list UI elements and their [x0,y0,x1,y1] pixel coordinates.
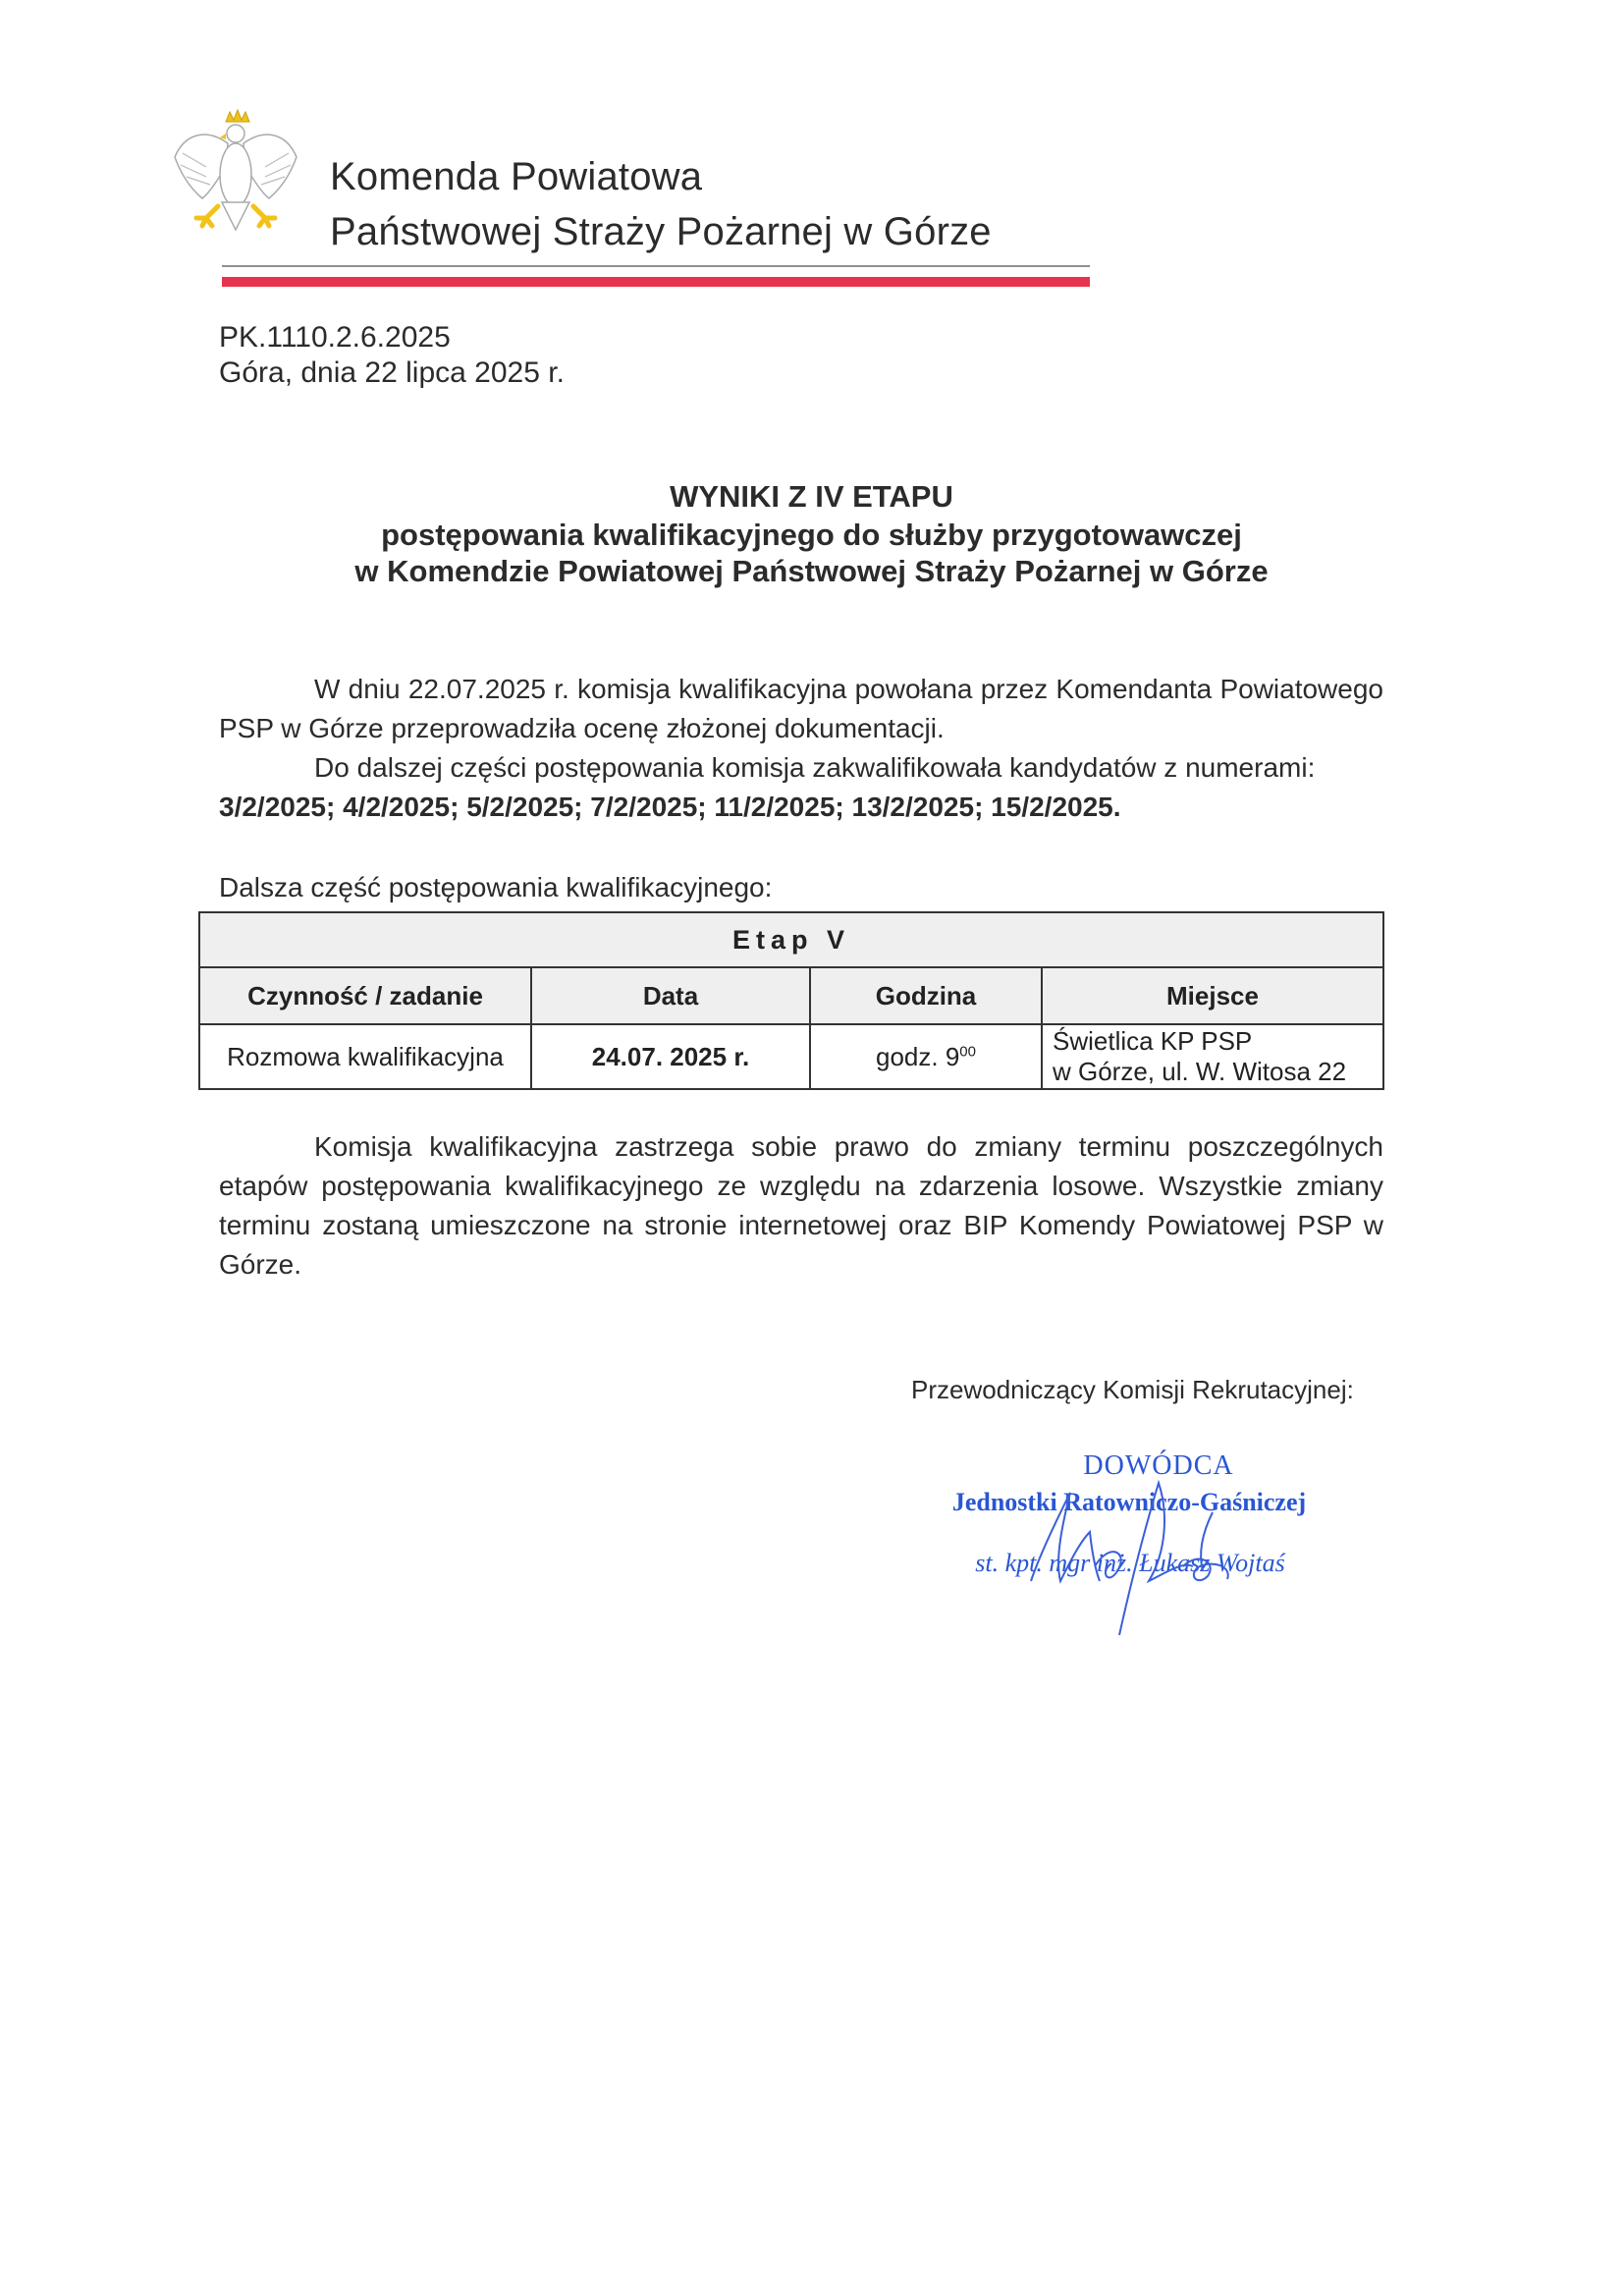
disclaimer-paragraph: Komisja kwalifikacyjna zastrzega sobie p… [219,1127,1383,1285]
stage-schedule-table: Etap V Czynność / zadanie Data Godzina M… [198,911,1384,1090]
header-divider-gray [222,265,1090,267]
paragraph-2: Do dalszej części postępowania komisja z… [219,748,1383,788]
cell-date: 24.07. 2025 r. [531,1024,810,1089]
case-number: PK.1110.2.6.2025 [219,320,565,355]
title-line-3: w Komendzie Powiatowej Państwowej Straży… [0,553,1623,589]
candidate-numbers: 3/2/2025; 4/2/2025; 5/2/2025; 7/2/2025; … [219,788,1383,827]
table-row: Rozmowa kwalifikacyjna 24.07. 2025 r. go… [199,1024,1383,1089]
time-hour: godz. 9 [876,1042,959,1071]
header-divider-red [222,277,1090,287]
paragraph-1: W dniu 22.07.2025 r. komisja kwalifikacy… [219,670,1383,748]
place-line-2: w Górze, ul. W. Witosa 22 [1053,1057,1373,1087]
org-line-1: Komenda Powiatowa [330,149,992,204]
column-header-date: Data [531,967,810,1024]
place-line-1: Świetlica KP PSP [1053,1026,1373,1057]
column-header-task: Czynność / zadanie [199,967,531,1024]
cell-place: Świetlica KP PSP w Górze, ul. W. Witosa … [1042,1024,1383,1089]
column-header-place: Miejsce [1042,967,1383,1024]
title-line-2: postępowania kwalifikacyjnego do służby … [0,517,1623,553]
stage-title: Etap V [199,912,1383,967]
next-stage-lead: Dalsza część postępowania kwalifikacyjne… [219,870,772,905]
cell-time: godz. 900 [810,1024,1042,1089]
organization-name: Komenda Powiatowa Państwowej Straży Poża… [330,149,992,259]
paragraph-3: Komisja kwalifikacyjna zastrzega sobie p… [219,1127,1383,1285]
title-line-1: WYNIKI Z IV ETAPU [0,477,1623,517]
reference-block: PK.1110.2.6.2025 Góra, dnia 22 lipca 202… [219,320,565,391]
cell-task: Rozmowa kwalifikacyjna [199,1024,531,1089]
column-header-time: Godzina [810,967,1042,1024]
handwritten-signature-icon [1001,1473,1296,1640]
place-date: Góra, dnia 22 lipca 2025 r. [219,355,565,391]
signature-label: Przewodniczący Komisji Rekrutacyjnej: [911,1375,1354,1405]
org-line-2: Państwowej Straży Pożarnej w Górze [330,204,992,259]
results-paragraph: W dniu 22.07.2025 r. komisja kwalifikacy… [219,670,1383,827]
time-minutes: 00 [959,1043,976,1060]
polish-eagle-emblem-icon [167,108,304,246]
document-title: WYNIKI Z IV ETAPU postępowania kwalifika… [0,477,1623,589]
